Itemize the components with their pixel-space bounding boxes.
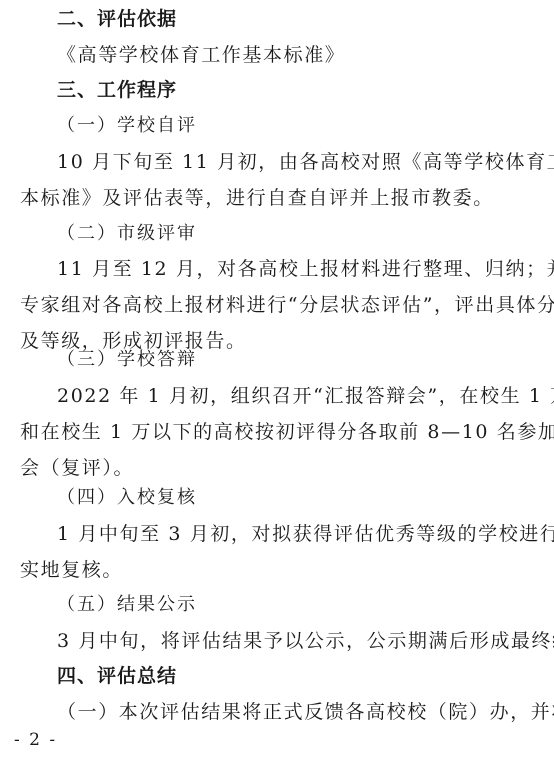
section-heading-basis: 二、评估依据 [57,7,177,31]
paragraph-line: 10 月下旬至 11 月初，由各高校对照《高等学校体育工作基 [57,150,554,174]
paragraph-line: （一）本次评估结果将正式反馈各高校校（院）办，并将 [57,700,554,724]
paragraph-line: 实地复核。 [20,558,123,582]
paragraph-line: 和在校生 1 万以下的高校按初评得分各取前 8—10 名参加答辩 [20,420,554,444]
section-heading-summary: 四、评估总结 [57,664,177,688]
paragraph-line: 11 月至 12 月，对各高校上报材料进行整理、归纳；并组成 [57,257,554,281]
paragraph-line: 会（复评）。 [20,456,134,480]
page-number: - 2 - [14,730,57,750]
paragraph-line: 本标准》及评估表等，进行自查自评并上报市教委。 [20,186,494,210]
paragraph-line: 2022 年 1 月初，组织召开“汇报答辩会”，在校生 1 万以上 [57,384,554,408]
paragraph-line: 3 月中旬，将评估结果予以公示，公示期满后形成最终结果。 [57,629,554,653]
subheading-school-defense-visible: （三）学校答辩 [57,348,197,372]
basis-standard-title: 《高等学校体育工作基本标准》 [57,43,345,67]
paragraph-line: 专家组对各高校上报材料进行“分层状态评估”，评出具体分数 [20,293,554,317]
subheading-self-evaluation: （一）学校自评 [57,114,197,138]
subheading-city-review: （二）市级评审 [57,222,197,246]
subheading-onsite-review: （四）入校复核 [57,486,197,510]
section-heading-procedure: 三、工作程序 [57,78,177,102]
subheading-public-notice: （五）结果公示 [57,593,197,617]
paragraph-line: 1 月中旬至 3 月初，对拟获得评估优秀等级的学校进行入校 [57,522,554,546]
